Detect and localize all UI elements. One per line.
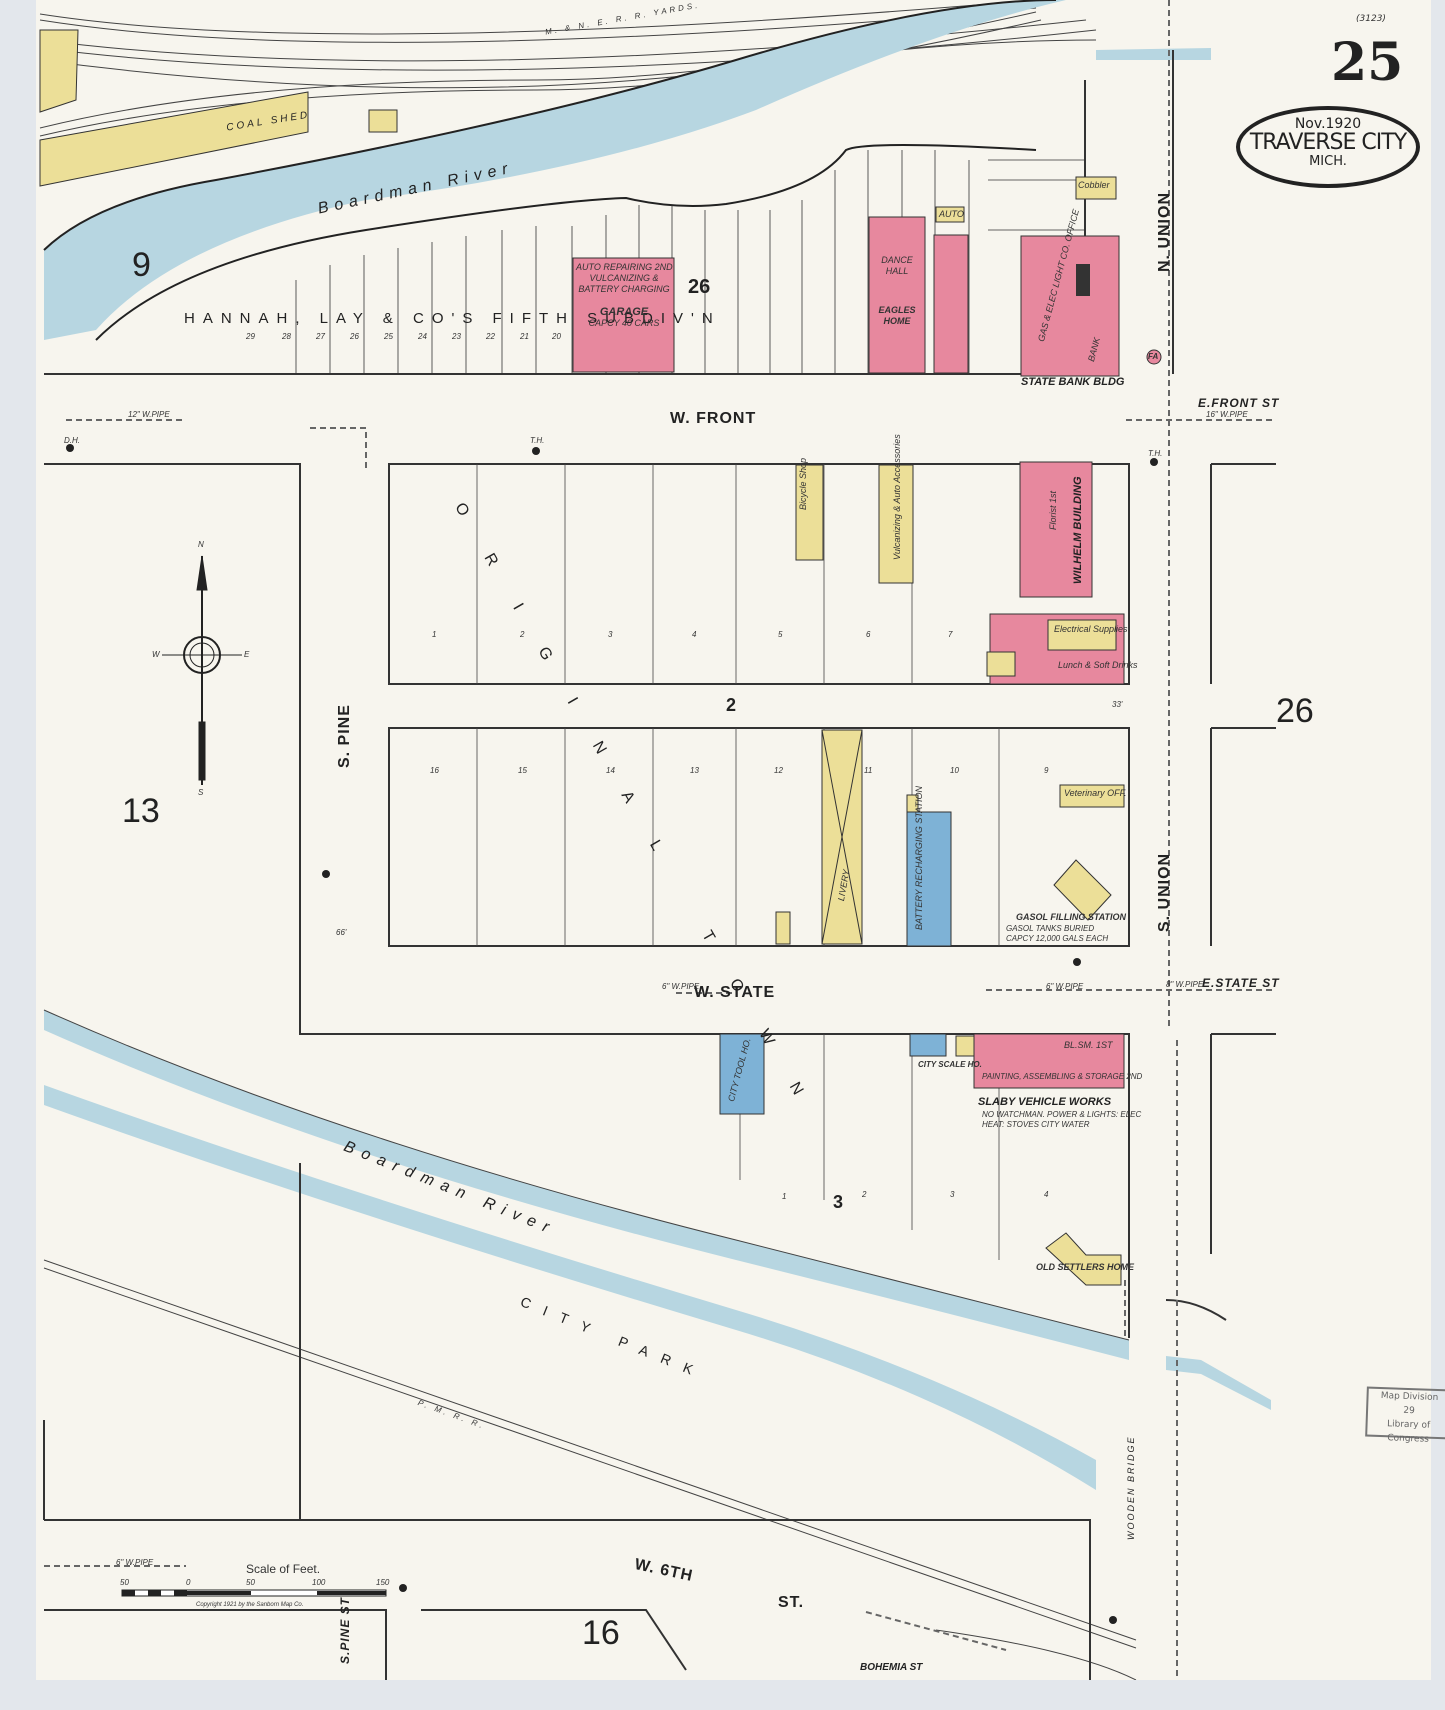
width-33-label: 33' [1112,700,1122,709]
compass-w: W [152,650,160,659]
lot-16: 16 [430,766,439,775]
stamp-line-1: Map Division [1368,1389,1445,1406]
block-number-26: 26 [688,276,710,299]
library-stamp: Map Division 29 Library of Congress [1365,1387,1445,1440]
city-scale-house [910,1034,946,1056]
battery-label[interactable]: BATTERY RECHARGING STATION [914,786,925,930]
gasol-capacity-note: CAPCY 12,000 GALS EACH [1006,934,1108,943]
veterinary-label[interactable]: Veterinary OFF. [1064,788,1127,799]
lot-b3-4: 4 [1044,1190,1048,1199]
pipe-e-front: 16" W.PIPE [1206,410,1248,419]
street-s-pine: S. PINE [336,704,354,768]
scale-tick-50-left: 50 [120,1578,129,1587]
electrical-label[interactable]: Electrical Supplies [1054,624,1128,635]
sheet-number: 25 [1331,32,1403,93]
th-marker-label: T.H. [530,436,544,445]
state-bank-bldg [1021,236,1119,376]
street-bohemia: BOHEMIA ST [860,1662,922,1673]
map-canvas [36,0,1431,1680]
state-bank-label[interactable]: STATE BANK BLDG [1021,376,1124,388]
auto-label[interactable]: AUTO [939,209,964,220]
street-e-front: E.FRONT ST [1198,396,1279,410]
adjacent-sheet-13[interactable]: 13 [122,792,160,831]
wilhelm-label[interactable]: WILHELM BUILDING [1072,476,1084,584]
lot-11: 11 [864,766,872,775]
slaby-note-2: HEAT: STOVES CITY WATER [982,1120,1090,1129]
pipe-w-6th: 6" W.PIPE [116,1558,153,1567]
state-name: MICH. [1240,154,1416,169]
adjacent-sheet-26[interactable]: 26 [1276,692,1314,731]
th-marker-label-2: T.H. [1148,449,1162,458]
sheet-reference: (3123) [1356,14,1386,24]
width-66-label: 66' [336,928,346,937]
pipe-w-front: 12" W.PIPE [128,410,170,419]
street-w-front: W. FRONT [670,410,756,428]
lot-20: 20 [552,332,561,341]
gasol-tanks-note: GASOL TANKS BURIED [1006,924,1094,933]
lot-25: 25 [384,332,393,341]
scale-tick-100: 100 [312,1578,325,1587]
plumbing-shop [934,207,968,373]
cobbler-label[interactable]: Cobbler [1078,180,1110,191]
compass-e: E [244,650,249,659]
street-st: ST. [778,1594,804,1612]
lot-7: 7 [948,630,952,639]
lot-12: 12 [774,766,783,775]
stamp-line-3: Library of Congress [1367,1417,1445,1448]
lot-15: 15 [518,766,527,775]
lot-9: 9 [1044,766,1048,775]
lot-13: 13 [690,766,699,775]
old-settlers-label[interactable]: OLD SETTLERS HOME [1036,1262,1134,1273]
florist-label: Florist 1st [1048,491,1059,530]
scale-bar [122,1590,386,1596]
adjacent-sheet-16[interactable]: 16 [582,1614,620,1653]
title-cartouche: Nov.1920 TRAVERSE CITY MICH. [1236,106,1420,188]
lot-3: 3 [608,630,612,639]
block-number-2: 2 [726,695,736,716]
pipe-w-state-east: 6" W.PIPE [1046,982,1083,991]
scale-title: Scale of Feet. [246,1562,320,1576]
lot-6: 6 [866,630,870,639]
lot-27: 27 [316,332,325,341]
street-e-state: E.STATE ST [1202,976,1280,990]
scale-tick-0: 0 [186,1578,190,1587]
slaby-note-1: NO WATCHMAN. POWER & LIGHTS: ELEC [982,1110,1141,1119]
lot-24: 24 [418,332,427,341]
livery [776,730,862,944]
lot-10: 10 [950,766,959,775]
dh-marker-label: D.H. [64,436,80,445]
lot-28: 28 [282,332,291,341]
city-name: TRAVERSE CITY [1240,132,1416,154]
copyright: Copyright 1921 by the Sanborn Map Co. [196,1602,303,1608]
garage-label[interactable]: AUTO REPAIRING 2ND VULCANIZING & BATTERY… [576,262,672,329]
eagles-home-label[interactable]: DANCE HALL EAGLES HOME [870,255,924,327]
street-s-pine-st: S.PINE ST [338,1597,352,1664]
lot-22: 22 [486,332,495,341]
adjacent-sheet-9[interactable]: 9 [132,246,151,285]
city-scale-label[interactable]: CITY SCALE HO. [918,1060,982,1069]
scale-tick-150: 150 [376,1578,389,1587]
lot-29: 29 [246,332,255,341]
map-sheet: (3123) 25 Nov.1920 TRAVERSE CITY MICH. M… [36,0,1431,1680]
bicycle-shop-label[interactable]: Bicycle Shop [798,458,809,510]
lot-b3-3: 3 [950,1190,954,1199]
fa-marker-label: FA [1148,352,1158,361]
old-settlers-home [1046,1233,1121,1285]
lot-26: 26 [350,332,359,341]
lot-23: 23 [452,332,461,341]
blacksmith-label: BL.SM. 1ST [1064,1040,1113,1051]
compass-n: N [198,540,204,549]
pipe-w-state: 6" W.PIPE [662,982,699,991]
pipe-e-state: 8" W.PIPE [1166,980,1203,989]
filling-station-label[interactable]: GASOL FILLING STATION [1016,912,1126,923]
slaby-label[interactable]: SLABY VEHICLE WORKS [978,1096,1111,1108]
filling-station [1054,860,1111,920]
block-number-3: 3 [833,1192,843,1213]
street-n-union: N. UNION [1156,192,1174,272]
lunch-label[interactable]: Lunch & Soft Drinks [1058,660,1138,671]
scale-tick-50: 50 [246,1578,255,1587]
vulcanizing-label[interactable]: Vulcanizing & Auto Accessories [892,434,903,560]
painting-label: PAINTING, ASSEMBLING & STORAGE 2ND [982,1072,1142,1081]
lot-21: 21 [520,332,529,341]
lot-14: 14 [606,766,615,775]
lot-2: 2 [520,630,524,639]
lot-1: 1 [432,630,436,639]
street-s-union: S. UNION [1156,853,1174,932]
lot-b3-2: 2 [862,1190,866,1199]
wooden-bridge-label: WOODEN BRIDGE [1126,1435,1136,1540]
lot-b3-1: 1 [782,1192,786,1201]
compass-rose-icon [162,556,242,785]
lot-4: 4 [692,630,696,639]
lot-5: 5 [778,630,782,639]
compass-s: S [198,788,203,797]
